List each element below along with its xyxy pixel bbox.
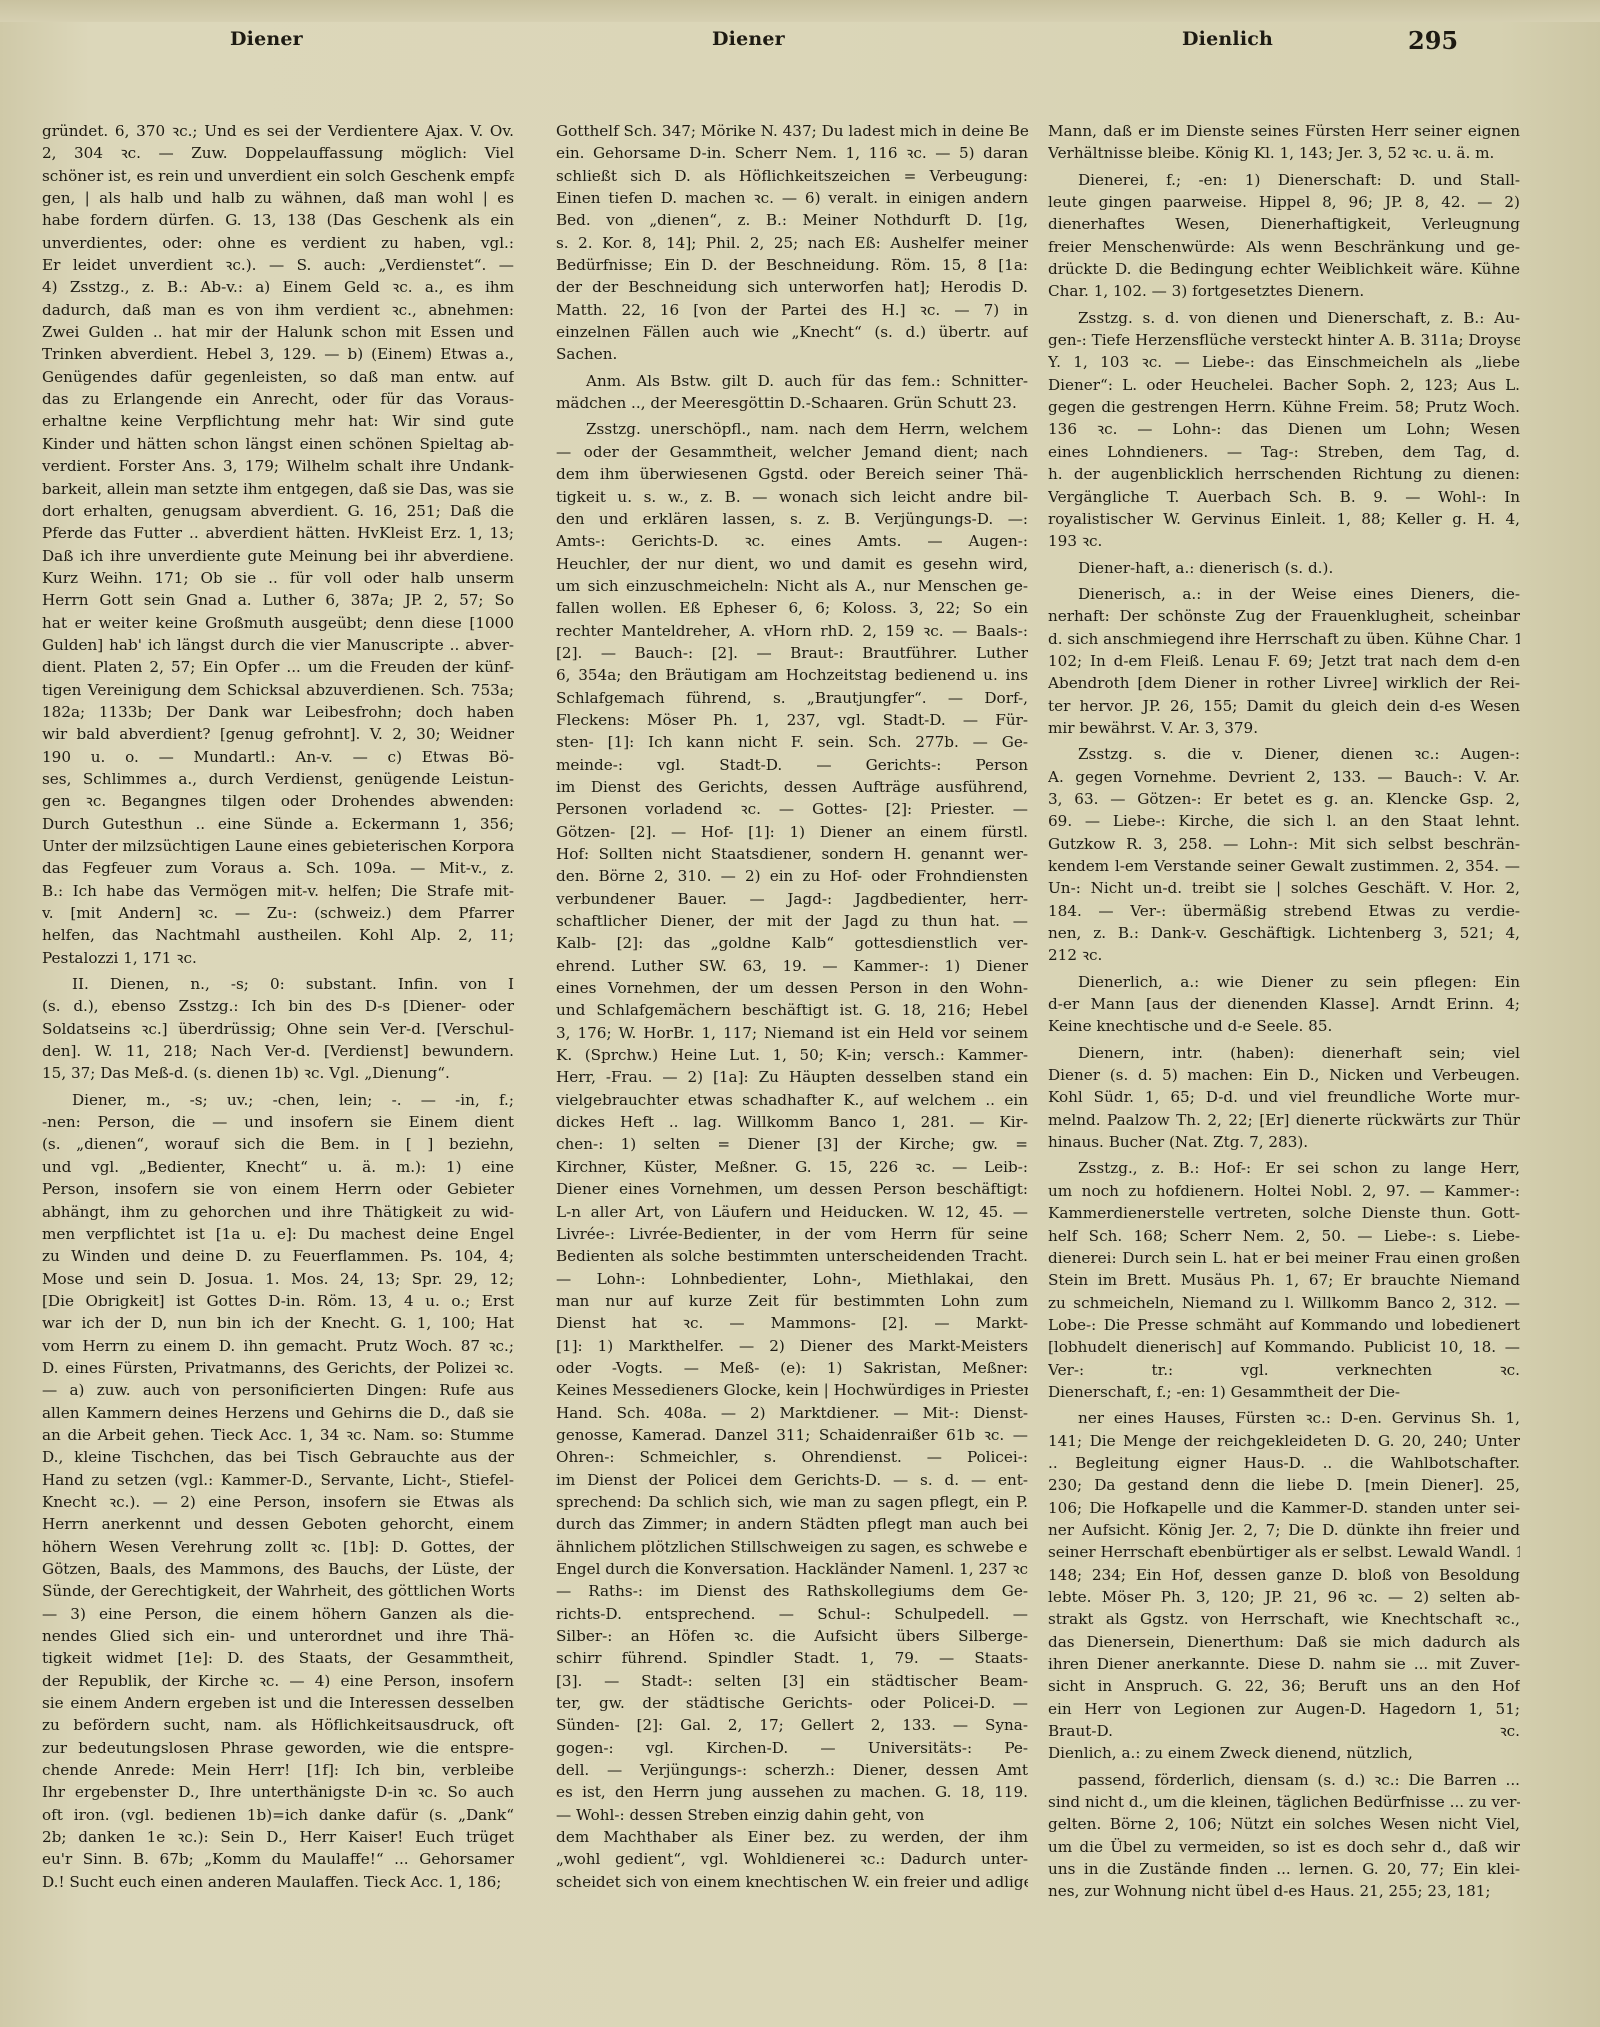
text-line: um die Übel zu vermeiden, so ist es doch…	[1048, 1836, 1520, 1858]
text-line: vielgebrauchter etwas schadhafter K., au…	[556, 1089, 1028, 1111]
text-line: Herrn Gott sein Gnad a. Luther 6, 387a; …	[42, 589, 514, 611]
text-line: scheidet sich von einem knechtischen W. …	[556, 1871, 1028, 1893]
text-line: oder -Vogts. — Meß- (e): 1) Sakristan, M…	[556, 1357, 1028, 1379]
text-line: Sünden- [2]: Gal. 2, 17; Gellert 2, 133.…	[556, 1714, 1028, 1736]
text-line: der der Beschneidung sich unterworfen ha…	[556, 276, 1028, 298]
text-line: Dienlich, a.: zu einem Zweck dienend, nü…	[1048, 1742, 1520, 1764]
text-line: Engel durch die Konversation. Hackländer…	[556, 1558, 1028, 1580]
text-line: royalistischer W. Gervinus Einleit. 1, 8…	[1048, 508, 1520, 530]
text-line: 4) Zsstzg., z. B.: Ab-v.: a) Einem Geld …	[42, 276, 514, 298]
text-line: B.: Ich habe das Vermögen mit-v. helfen;…	[42, 880, 514, 902]
text-line: Amts-: Gerichts-D. ꝛc. eines Amts. — Aug…	[556, 530, 1028, 552]
text-line: 2b; danken 1e ꝛc.): Sein D., Herr Kaiser…	[42, 1826, 514, 1848]
text-line: uns in die Zustände finden ... lernen. G…	[1048, 1858, 1520, 1880]
right-running-headword: Dienlich	[1182, 28, 1273, 50]
text-line: habe fordern dürfen. G. 13, 138 (Das Ges…	[42, 209, 514, 231]
text-line: um sich einzuschmeicheln: Nicht als A., …	[556, 575, 1028, 597]
text-line: Knecht ꝛc.). — 2) eine Person, insofern …	[42, 1491, 514, 1513]
center-running-headword: Diener	[712, 28, 785, 50]
text-line: dem ihm überwiesenen Ggstd. oder Bereich…	[556, 463, 1028, 485]
text-line: zu befördern sucht, nam. als Höflichkeit…	[42, 1714, 514, 1736]
text-line: 3, 176; W. HorBr. 1, 117; Niemand ist ei…	[556, 1022, 1028, 1044]
text-line: helf Sch. 168; Scherr Nem. 2, 50. — Lieb…	[1048, 1225, 1520, 1247]
text-line: D., kleine Tischchen, das bei Tisch Gebr…	[42, 1446, 514, 1468]
text-line: drückte D. die Bedingung echter Weiblich…	[1048, 258, 1520, 280]
text-line: Bedürfnisse; Ein D. der Beschneidung. Rö…	[556, 254, 1028, 276]
text-line: leute gingen paarweise. Hippel 8, 96; JP…	[1048, 191, 1520, 213]
text-line: und Schlafgemächern beschäftigt ist. G. …	[556, 999, 1028, 1021]
text-line: eines Lohndieners. — Tag-: Streben, dem …	[1048, 441, 1520, 463]
text-line: .. Begleitung eigner Haus-D. .. die Wahl…	[1048, 1452, 1520, 1474]
text-line: den. Börne 2, 310. — 2) ein zu Hof- oder…	[556, 865, 1028, 887]
text-line: Heuchler, der nur dient, wo und damit es…	[556, 553, 1028, 575]
text-line: D. eines Fürsten, Privatmanns, des Geric…	[42, 1357, 514, 1379]
text-line: Dienerei, f.; -en: 1) Dienerschaft: D. u…	[1048, 169, 1520, 191]
text-line: gen, | als halb und halb zu wähnen, daß …	[42, 187, 514, 209]
text-line: kendem l-em Verstande seiner Gewalt zust…	[1048, 855, 1520, 877]
text-line: L-n aller Art, von Läufern und Heiducken…	[556, 1201, 1028, 1223]
text-line: 193 ꝛc.	[1048, 530, 1520, 552]
text-line: barkeit, allein man setzte ihm entgegen,…	[42, 478, 514, 500]
text-line: 148; 234; Ein Hof, dessen ganze D. bloß …	[1048, 1564, 1520, 1586]
text-line: Livrée-: Livrée-Bedienter, in der vom He…	[556, 1223, 1028, 1245]
text-line: ter, gw. der städtische Gerichts- oder P…	[556, 1692, 1028, 1714]
text-line: Diener-haft, a.: dienerisch (s. d.).	[1048, 557, 1520, 579]
text-line: Diener eines Vornehmen, um dessen Person…	[556, 1178, 1028, 1200]
text-line: verbundener Bauer. — Jagd-: Jagdbediente…	[556, 888, 1028, 910]
text-line: zu Winden und deine D. zu Feuerflammen. …	[42, 1245, 514, 1267]
text-line: Mose und sein D. Josua. 1. Mos. 24, 13; …	[42, 1268, 514, 1290]
text-line: dienerei: Durch sein L. hat er bei meine…	[1048, 1247, 1520, 1269]
text-line: Herr, -Frau. — 2) [1a]: Zu Häupten desse…	[556, 1066, 1028, 1088]
text-line: Genügendes dafür gegenleisten, so daß ma…	[42, 366, 514, 388]
text-line: s. 2. Kor. 8, 14]; Phil. 2, 25; nach Eß:…	[556, 232, 1028, 254]
text-line: [lobhudelt dienerisch] auf Kommando. Pub…	[1048, 1336, 1520, 1358]
text-line: es ist, den Herrn jung aussehen zu mache…	[556, 1781, 1028, 1803]
text-line: verdient. Forster Ans. 3, 179; Wilhelm s…	[42, 455, 514, 477]
text-line: — Raths-: im Dienst des Rathskollegiums …	[556, 1580, 1028, 1602]
text-line: — Lohn-: Lohnbedienter, Lohn-, Miethlaka…	[556, 1268, 1028, 1290]
text-line: sten- [1]: Ich kann nicht F. sein. Sch. …	[556, 731, 1028, 753]
text-line: genosse, Kamerad. Danzel 311; Schaidenra…	[556, 1424, 1028, 1446]
text-line: Zwei Gulden .. hat mir der Halunk schon …	[42, 321, 514, 343]
text-line: 102; In d-em Fleiß. Lenau F. 69; Jetzt t…	[1048, 650, 1520, 672]
text-line: (s. „dienen“, worauf sich die Bem. in [ …	[42, 1133, 514, 1155]
text-line: Zsstzg., z. B.: Hof-: Er sei schon zu la…	[1048, 1157, 1520, 1179]
text-line: um noch zu hofdienern. Holtei Nobl. 2, 9…	[1048, 1180, 1520, 1202]
text-line: Dienerlich, a.: wie Diener zu sein pfleg…	[1048, 971, 1520, 993]
text-line: gen ꝛc. Begangnes tilgen oder Drohendes …	[42, 790, 514, 812]
text-line: Kalb- [2]: das „goldne Kalb“ gottesdiens…	[556, 932, 1028, 954]
text-line: — a) zuw. auch von personificierten Ding…	[42, 1379, 514, 1401]
dictionary-column-right: Mann, daß er im Dienste seines Fürsten H…	[1048, 120, 1520, 1903]
text-line: eu'r Sinn. B. 67b; „Komm du Maulaffe!“ .…	[42, 1848, 514, 1870]
dictionary-column-middle: Gotthelf Sch. 347; Mörike N. 437; Du lad…	[556, 120, 1028, 1893]
text-line: richts-D. entsprechend. — Schul-: Schulp…	[556, 1603, 1028, 1625]
text-line: Ihr ergebenster D., Ihre unterthänigste …	[42, 1781, 514, 1803]
text-line: Personen vorladend ꝛc. — Gottes- [2]: Pr…	[556, 798, 1028, 820]
text-line: unverdientes, oder: ohne es verdient zu …	[42, 232, 514, 254]
text-line: Fleckens: Möser Ph. 1, 237, vgl. Stadt-D…	[556, 709, 1028, 731]
text-line: 3, 63. — Götzen-: Er betet es g. an. Kle…	[1048, 788, 1520, 810]
text-line: den und erklären lassen, s. z. B. Verjün…	[556, 508, 1028, 530]
text-line: dadurch, daß man es von ihm verdient ꝛc.…	[42, 299, 514, 321]
text-line: im Dienst der Policei dem Gerichts-D. — …	[556, 1469, 1028, 1491]
text-line: ihren Diener anerkannte. Diese D. nahm s…	[1048, 1653, 1520, 1675]
text-line: gogen-: vgl. Kirchen-D. — Universitäts-:…	[556, 1737, 1028, 1759]
text-line: Gutzkow R. 3, 258. — Lohn-: Mit sich sel…	[1048, 833, 1520, 855]
text-line: wir bald abverdient? [genug gefrohnt]. V…	[42, 723, 514, 745]
text-line: tigkeit u. s. w., z. B. — wonach sich le…	[556, 486, 1028, 508]
text-line: eines Vornehmen, der um dessen Person in…	[556, 977, 1028, 999]
text-line: höhern Wesen Verehrung zollt ꝛc. [1b]: D…	[42, 1536, 514, 1558]
text-line: Unter der milzsüchtigen Laune eines gebi…	[42, 835, 514, 857]
text-line: (s. d.), ebenso Zsstzg.: Ich bin des D-s…	[42, 995, 514, 1017]
text-line: Keine knechtische und d-e Seele. 85.	[1048, 1015, 1520, 1037]
text-line: A. gegen Vornehme. Devrient 2, 133. — Ba…	[1048, 766, 1520, 788]
text-line: das Dienersein, Dienerthum: Daß sie mich…	[1048, 1631, 1520, 1653]
text-line: tigkeit widmet [1e]: D. des Staats, der …	[42, 1647, 514, 1669]
text-line: ter hervor. JP. 26, 155; Damit du gleich…	[1048, 695, 1520, 717]
text-line: Stein im Brett. Musäus Ph. 1, 67; Er bra…	[1048, 1269, 1520, 1291]
text-line: Kinder und hätten schon längst einen sch…	[42, 433, 514, 455]
text-line: strakt als Ggstz. von Herrschaft, wie Kn…	[1048, 1608, 1520, 1630]
text-line: tigen Vereinigung dem Schicksal abzuverd…	[42, 679, 514, 701]
text-line: Pestalozzi 1, 171 ꝛc.	[42, 947, 514, 969]
text-line: erhaltne keine Verpflichtung mehr hat: W…	[42, 410, 514, 432]
text-line: Diener“: L. oder Heuchelei. Bacher Soph.…	[1048, 374, 1520, 396]
text-line: Dienerisch, a.: in der Weise eines Diene…	[1048, 583, 1520, 605]
text-line: gelten. Börne 2, 106; Nützt ein solches …	[1048, 1813, 1520, 1835]
text-line: der Republik, der Kirche ꝛc. — 4) eine P…	[42, 1670, 514, 1692]
text-line: [1]: 1) Markthelfer. — 2) Diener des Mar…	[556, 1335, 1028, 1357]
text-line: schließt sich D. als Höflichkeitszeichen…	[556, 165, 1028, 187]
text-line: Kirchner, Küster, Meßner. G. 15, 226 ꝛc.…	[556, 1156, 1028, 1178]
text-line: Einen tiefen D. machen ꝛc. — 6) veralt. …	[556, 187, 1028, 209]
text-line: 184. — Ver-: übermäßig strebend Etwas zu…	[1048, 900, 1520, 922]
text-line: v. [mit Andern] ꝛc. — Zu-: (schweiz.) de…	[42, 902, 514, 924]
text-line: sicht in Anspruch. G. 22, 36; Beruft uns…	[1048, 1675, 1520, 1697]
text-line: Hand. Sch. 408a. — 2) Marktdiener. — Mit…	[556, 1402, 1028, 1424]
text-line: gegen die gestrengen Herrn. Kühne Freim.…	[1048, 396, 1520, 418]
text-line: 69. — Liebe-: Kirche, die sich l. an den…	[1048, 810, 1520, 832]
text-line: hat er weiter keine Großmuth ausgeübt; d…	[42, 612, 514, 634]
text-line: Char. 1, 102. — 3) fortgesetztes Dienern…	[1048, 280, 1520, 302]
text-line: -nen: Person, die — und insofern sie Ein…	[42, 1111, 514, 1133]
text-line: ein. Gehorsame D-in. Scherr Nem. 1, 116 …	[556, 142, 1028, 164]
text-line: dell. — Verjüngungs-: scherzh.: Diener, …	[556, 1759, 1028, 1781]
text-line: Person, insofern sie von einem Herrn ode…	[42, 1178, 514, 1200]
text-line: meinde-: vgl. Stadt-D. — Gerichts-: Pers…	[556, 754, 1028, 776]
text-line: allen Kammern deines Herzens und Gehirns…	[42, 1402, 514, 1424]
text-line: 2, 304 ꝛc. — Zuw. Doppelauffassung mögli…	[42, 142, 514, 164]
scan-top-edge	[0, 0, 1600, 22]
text-line: melnd. Paalzow Th. 2, 22; [Er] dienerte …	[1048, 1109, 1520, 1131]
text-line: Lobe-: Die Presse schmäht auf Kommando u…	[1048, 1314, 1520, 1336]
text-line: schaftlicher Diener, der mit der Jagd zu…	[556, 910, 1028, 932]
text-line: dickes Heft .. lag. Willkomm Banco 1, 28…	[556, 1111, 1028, 1133]
text-line: Daß ich ihre unverdiente gute Meinung be…	[42, 545, 514, 567]
text-line: Er leidet unverdient ꝛc.). — S. auch: „V…	[42, 254, 514, 276]
text-line: sprechend: Da schlich sich, wie man zu s…	[556, 1491, 1028, 1513]
left-running-headword: Diener	[230, 28, 303, 50]
text-line: Durch Gutesthun .. eine Sünde a. Eckerma…	[42, 813, 514, 835]
text-line: Götzen- [2]. — Hof- [1]: 1) Diener an ei…	[556, 821, 1028, 843]
text-line: Dienerschaft, f.; -en: 1) Gesammtheit de…	[1048, 1381, 1520, 1403]
text-line: nerhaft: Der schönste Zug der Frauenklug…	[1048, 605, 1520, 627]
text-line: Bed. von „dienen“, z. B.: Meiner Nothdur…	[556, 209, 1028, 231]
text-line: zu schmeicheln, Niemand zu l. Willkomm B…	[1048, 1292, 1520, 1314]
text-line: rechter Manteldreher, A. vHorn rhD. 2, 1…	[556, 620, 1028, 642]
text-line: passend, förderlich, diensam (s. d.) ꝛc.…	[1048, 1769, 1520, 1791]
text-line: Sünde, der Gerechtigkeit, der Wahrheit, …	[42, 1580, 514, 1602]
text-line: durch das Zimmer; in andern Städten pfle…	[556, 1513, 1028, 1535]
text-line: nen, z. B.: Dank-v. Geschäftigk. Lichten…	[1048, 922, 1520, 944]
text-line: [3]. — Stadt-: selten [3] ein städtische…	[556, 1670, 1028, 1692]
text-line: chen-: 1) selten = Diener [3] der Kirche…	[556, 1133, 1028, 1155]
text-line: sind nicht d., um die kleinen, täglichen…	[1048, 1791, 1520, 1813]
text-line: 15, 37; Das Meß-d. (s. dienen 1b) ꝛc. Vg…	[42, 1062, 514, 1084]
text-line: Matth. 22, 16 [von der Partei des H.] ꝛc…	[556, 299, 1028, 321]
text-line: lebte. Möser Ph. 3, 120; JP. 21, 96 ꝛc. …	[1048, 1586, 1520, 1608]
text-line: seiner Herrschaft ebenbürtiger als er se…	[1048, 1541, 1520, 1563]
text-line: — 3) eine Person, die einem höhern Ganze…	[42, 1603, 514, 1625]
dictionary-column-left: gründet. 6, 370 ꝛc.; Und es sei der Verd…	[42, 120, 514, 1893]
text-line: Soldatseins ꝛc.] überdrüssig; Ohne sein …	[42, 1018, 514, 1040]
text-line: K. (Sprchw.) Heine Lut. 1, 50; K-in; ver…	[556, 1044, 1028, 1066]
text-line: 136 ꝛc. — Lohn-: das Dienen um Lohn; Wes…	[1048, 418, 1520, 440]
text-line: [Die Obrigkeit] ist Gottes D-in. Röm. 13…	[42, 1290, 514, 1312]
text-line: sie einem Andern ergeben ist und die Int…	[42, 1692, 514, 1714]
text-line: Trinken abverdient. Hebel 3, 129. — b) (…	[42, 343, 514, 365]
text-line: Y. 1, 103 ꝛc. — Liebe-: das Einschmeiche…	[1048, 351, 1520, 373]
text-line: mädchen .., der Meeresgöttin D.-Schaaren…	[556, 392, 1028, 414]
text-line: freier Menschenwürde: Als wenn Beschränk…	[1048, 236, 1520, 258]
text-line: Braut-D. ꝛc.	[1048, 1720, 1520, 1742]
text-line: 190 u. o. — Mundartl.: An-v. — c) Etwas …	[42, 746, 514, 768]
text-line: 106; Die Hofkapelle und die Kammer-D. st…	[1048, 1497, 1520, 1519]
text-line: abhängt, ihm zu gehorchen und ihre Thäti…	[42, 1201, 514, 1223]
text-line: Kammerdienerstelle vertreten, solche Die…	[1048, 1202, 1520, 1224]
text-line: „wohl gedient“, vgl. Wohldienerei ꝛc.: D…	[556, 1848, 1028, 1870]
text-line: Anm. Als Bstw. gilt D. auch für das fem.…	[556, 370, 1028, 392]
text-line: fallen wollen. Eß Epheser 6, 6; Koloss. …	[556, 597, 1028, 619]
text-line: nendes Glied sich ein- und unterordnet u…	[42, 1625, 514, 1647]
text-line: Dienern, intr. (haben): dienerhaft sein;…	[1048, 1042, 1520, 1064]
text-line: 230; Da gestand denn die liebe D. [mein …	[1048, 1474, 1520, 1496]
text-line: helfen, das Nachtmahl austheilen. Kohl A…	[42, 924, 514, 946]
text-line: mir bewährst. V. Ar. 3, 379.	[1048, 717, 1520, 739]
text-line: Verhältnisse bleibe. König Kl. 1, 143; J…	[1048, 142, 1520, 164]
text-line: d-er Mann [aus der dienenden Klasse]. Ar…	[1048, 993, 1520, 1015]
text-line: vom Herrn zu einem D. ihn gemacht. Prutz…	[42, 1335, 514, 1357]
text-line: gründet. 6, 370 ꝛc.; Und es sei der Verd…	[42, 120, 514, 142]
text-line: Götzen, Baals, des Mammons, des Bauchs, …	[42, 1558, 514, 1580]
text-line: Pferde das Futter .. abverdient hätten. …	[42, 522, 514, 544]
text-line: 141; Die Menge der reichgekleideten D. G…	[1048, 1430, 1520, 1452]
text-line: Mann, daß er im Dienste seines Fürsten H…	[1048, 120, 1520, 142]
text-line: 182a; 1133b; Der Dank war Leibesfrohn; d…	[42, 701, 514, 723]
text-line: II. Dienen, n., -s; 0: substant. Infin. …	[42, 973, 514, 995]
text-line: ses, Schlimmes a., durch Verdienst, genü…	[42, 768, 514, 790]
text-line: — Wohl-: dessen Streben einzig dahin geh…	[556, 1804, 1028, 1826]
text-line: das Fegfeuer zum Voraus a. Sch. 109a. — …	[42, 857, 514, 879]
text-line: Schlafgemach führend, s. „Brautjungfer“.…	[556, 687, 1028, 709]
text-line: Hof: Sollten nicht Staatsdiener, sondern…	[556, 843, 1028, 865]
text-line: schirr führend. Spindler Stadt. 1, 79. —…	[556, 1647, 1028, 1669]
text-line: dort erhalten, genugsam abverdient. G. 1…	[42, 500, 514, 522]
text-line: ein Herr von Legionen zur Augen-D. Haged…	[1048, 1698, 1520, 1720]
text-line: — oder der Gesammtheit, welcher Jemand d…	[556, 441, 1028, 463]
text-line: hinaus. Bucher (Nat. Ztg. 7, 283).	[1048, 1131, 1520, 1153]
text-line: Dienst hat ꝛc. — Mammons- [2]. — Markt-	[556, 1312, 1028, 1334]
text-line: Zsstzg. unerschöpfl., nam. nach dem Herr…	[556, 418, 1028, 440]
text-line: Un-: Nicht un-d. treibt sie | solches Ge…	[1048, 877, 1520, 899]
text-line: Herrn anerkennt und dessen Geboten gehor…	[42, 1513, 514, 1535]
text-line: war ich der D, nun bin ich der Knecht. G…	[42, 1312, 514, 1334]
text-line: [2]. — Bauch-: [2]. — Braut-: Brautführe…	[556, 642, 1028, 664]
text-line: chende Anrede: Mein Herr! [1f]: Ich bin,…	[42, 1759, 514, 1781]
text-line: einzelnen Fällen auch wie „Knecht“ (s. d…	[556, 321, 1028, 343]
text-line: an die Arbeit gehen. Tieck Acc. 1, 34 ꝛc…	[42, 1424, 514, 1446]
text-line: dient. Platen 2, 57; Ein Opfer ... um di…	[42, 656, 514, 678]
text-line: Sachen.	[556, 343, 1028, 365]
text-line: ner Aufsicht. König Jer. 2, 7; Die D. dü…	[1048, 1519, 1520, 1541]
text-line: dem Machthaber als Einer bez. zu werden,…	[556, 1826, 1028, 1848]
text-line: oft iron. (vgl. bedienen 1b)=ich danke d…	[42, 1804, 514, 1826]
text-line: Silber-: an Höfen ꝛc. die Aufsicht übers…	[556, 1625, 1028, 1647]
text-line: Keines Messedieners Glocke, kein | Hochw…	[556, 1379, 1028, 1401]
text-line: Kohl Südr. 1, 65; D-d. und viel freundli…	[1048, 1086, 1520, 1108]
text-line: h. der augenblicklich herrschenden Richt…	[1048, 463, 1520, 485]
text-line: nes, zur Wohnung nicht übel d-es Haus. 2…	[1048, 1880, 1520, 1902]
text-line: ähnlichem plötzlichen Stillschweigen zu …	[556, 1536, 1028, 1558]
text-line: ner eines Hauses, Fürsten ꝛc.: D-en. Ger…	[1048, 1407, 1520, 1429]
text-line: Zsstzg. s. d. von dienen und Dienerschaf…	[1048, 307, 1520, 329]
text-line: Vergängliche T. Auerbach Sch. B. 9. — Wo…	[1048, 486, 1520, 508]
text-line: d. sich anschmiegend ihre Herrschaft zu …	[1048, 628, 1520, 650]
text-line: 6, 354a; den Bräutigam am Hochzeitstag b…	[556, 664, 1028, 686]
text-line: das zu Erlangende ein Anrecht, oder für …	[42, 388, 514, 410]
text-line: Kurz Weihn. 171; Ob sie .. für voll oder…	[42, 567, 514, 589]
text-line: Ver-: tr.: vgl. verknechten ꝛc.	[1048, 1359, 1520, 1381]
page-number: 295	[1408, 26, 1458, 55]
text-line: Diener (s. d. 5) machen: Ein D., Nicken …	[1048, 1064, 1520, 1086]
text-line: dienerhaftes Wesen, Dienerhaftigkeit, Ve…	[1048, 213, 1520, 235]
text-line: schöner ist, es rein und unverdient ein …	[42, 165, 514, 187]
text-line: Bedienten als solche bestimmten untersch…	[556, 1245, 1028, 1267]
page-header: Diener Diener Dienlich 295	[0, 28, 1600, 68]
text-line: Ohren-: Schmeichler, s. Ohrendienst. — P…	[556, 1446, 1028, 1468]
text-line: 212 ꝛc.	[1048, 944, 1520, 966]
text-line: men verpflichtet ist [1a u. e]: Du mache…	[42, 1223, 514, 1245]
text-line: D.! Sucht euch einen anderen Maulaffen. …	[42, 1871, 514, 1893]
text-line: man nur auf kurze Zeit für bestimmten Lo…	[556, 1290, 1028, 1312]
text-line: Gulden] hab' ich längst durch die vier M…	[42, 634, 514, 656]
text-line: Zsstzg. s. die v. Diener, dienen ꝛc.: Au…	[1048, 743, 1520, 765]
text-line: und vgl. „Bedienter, Knecht“ u. ä. m.): …	[42, 1156, 514, 1178]
text-line: Abendroth [dem Diener in rother Livree] …	[1048, 672, 1520, 694]
text-line: gen-: Tiefe Herzensflüche versteckt hint…	[1048, 329, 1520, 351]
text-line: im Dienst des Gerichts, dessen Aufträge …	[556, 776, 1028, 798]
text-line: Gotthelf Sch. 347; Mörike N. 437; Du lad…	[556, 120, 1028, 142]
text-line: ehrend. Luther SW. 63, 19. — Kammer-: 1)…	[556, 955, 1028, 977]
text-line: zur bedeutungslosen Phrase geworden, wie…	[42, 1737, 514, 1759]
text-line: Diener, m., -s; uv.; -chen, lein; -. — -…	[42, 1089, 514, 1111]
text-line: den]. W. 11, 218; Nach Ver-d. [Verdienst…	[42, 1040, 514, 1062]
text-line: Hand zu setzen (vgl.: Kammer-D., Servant…	[42, 1469, 514, 1491]
